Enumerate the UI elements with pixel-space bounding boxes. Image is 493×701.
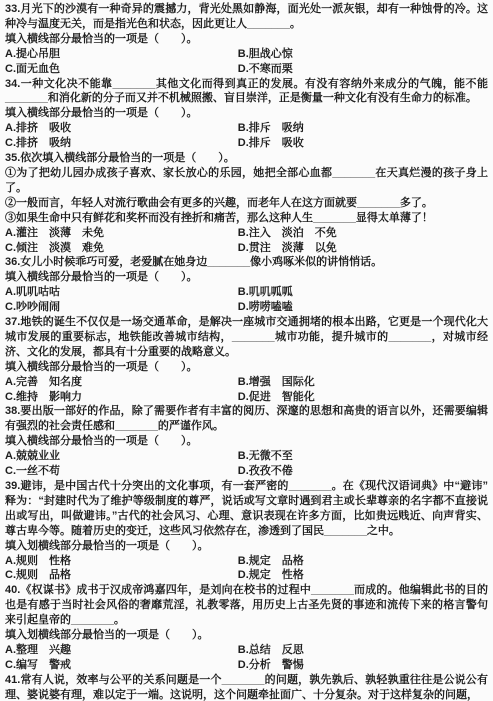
options-grid: A.叽叽咕咕 B.叽叽呱呱 C.吵吵闹闹 D.唠唠嗑嗑 [5, 285, 488, 315]
question-clause-3: ③如果生命中只有鲜花和奖杯而没有挫折和痛苦，那么这种人生_______显得太单薄… [5, 211, 488, 226]
question-39: 39.避讳，是中国古代十分突出的文化事项，有一套严密的_______。在《现代汉… [5, 479, 488, 583]
option-d: D.促进 智能化 [238, 390, 488, 405]
option-c: C.排挤 吸纳 [5, 136, 238, 151]
question-33: 33.月光下的沙漠有一种奇异的震撼力，背光处黑如静海，面光处一派灰银，却有一种蚀… [5, 2, 488, 77]
option-a: A.完善 知名度 [5, 375, 238, 390]
question-stem: 34.一种文化决不能靠_______其他文化而得到真正的发展。有没有容纳外来成分… [5, 77, 488, 107]
option-c: C.维持 影响力 [5, 390, 238, 405]
option-d: D.分析 警惕 [238, 658, 488, 673]
question-41: 41.常有人说，效率与公平的关系问题是一个_______的问题，孰先孰后、孰轻孰… [5, 673, 488, 701]
option-b: B.排斥 吸纳 [238, 121, 488, 136]
option-b: B.无微不至 [238, 449, 488, 464]
option-b: B.叽叽呱呱 [238, 285, 488, 300]
option-c: C.编写 警戒 [5, 658, 238, 673]
answer-prompt: 填入划横线部分最恰当的一项是（ ）。 [5, 539, 488, 554]
option-a: A.整理 兴趣 [5, 643, 238, 658]
question-36: 36.女儿小时候乖巧可爱，老爱腻在她身边_______像小鸡啄米似的讲悄悄话。 … [5, 255, 488, 315]
question-clause-1: ①为了把幼儿园办成孩子喜欢、家长放心的乐园，她把全部心血都_______在天真烂… [5, 166, 488, 196]
option-c: C.吵吵闹闹 [5, 300, 238, 315]
option-d: D.不寒而栗 [238, 62, 488, 77]
question-35: 35.依次填入横线部分最恰当的一项是（ ）。 ①为了把幼儿园办成孩子喜欢、家长放… [5, 151, 488, 255]
question-37: 37.地铁的诞生不仅仅是一场交通革命，是解决一座城市交通拥堵的根本出路，它更是一… [5, 315, 488, 404]
question-34: 34.一种文化决不能靠_______其他文化而得到真正的发展。有没有容纳外来成分… [5, 77, 488, 152]
exam-page: 33.月光下的沙漠有一种奇异的震撼力，背光处黑如静海，面光处一派灰银，却有一种蚀… [0, 0, 493, 701]
question-stem: 33.月光下的沙漠有一种奇异的震撼力，背光处黑如静海，面光处一派灰银，却有一种蚀… [5, 2, 488, 32]
question-stem: 38.要出版一部好的作品，除了需要作者有丰富的阅历、深邃的思想和高贵的语言以外，… [5, 404, 488, 434]
question-clause-2: ②一般而言，年轻人对流行歌曲会有更多的兴趣，而老年人在这方面就要_______多… [5, 196, 488, 211]
option-a: A.兢兢业业 [5, 449, 238, 464]
option-d: D.贯注 淡薄 以免 [238, 241, 488, 256]
option-c: C.规则 品格 [5, 568, 238, 583]
question-stem: 36.女儿小时候乖巧可爱，老爱腻在她身边_______像小鸡啄米似的讲悄悄话。 [5, 255, 488, 270]
question-40: 40.《权谋书》成书于汉成帝鸿嘉四年，是刘向在校书的过程中_______而成的。… [5, 583, 488, 672]
option-a: A.灌注 淡薄 未免 [5, 226, 238, 241]
option-d: D.唠唠嗑嗑 [238, 300, 488, 315]
question-38: 38.要出版一部好的作品，除了需要作者有丰富的阅历、深邃的思想和高贵的语言以外，… [5, 404, 488, 479]
option-b: B.注入 淡泊 不免 [238, 226, 488, 241]
option-d: D.孜孜不倦 [238, 464, 488, 479]
options-grid: A.提心吊胆 B.胆战心惊 C.面无血色 D.不寒而栗 [5, 47, 488, 77]
option-c: C.面无血色 [5, 62, 238, 77]
options-grid: A.排挤 吸收 B.排斥 吸纳 C.排挤 吸纳 D.排斥 吸收 [5, 121, 488, 151]
question-stem: 37.地铁的诞生不仅仅是一场交通革命，是解决一座城市交通拥堵的根本出路，它更是一… [5, 315, 488, 360]
option-b: B.增强 国际化 [238, 375, 488, 390]
answer-prompt: 填入横线部分最恰当的一项是（ ）。 [5, 270, 488, 285]
option-a: A.叽叽咕咕 [5, 285, 238, 300]
option-c: C.倾注 淡漠 难免 [5, 241, 238, 256]
option-b: B.规定 品格 [238, 554, 488, 569]
question-stem: 41.常有人说，效率与公平的关系问题是一个_______的问题，孰先孰后、孰轻孰… [5, 673, 488, 701]
answer-prompt: 填入划横线部分最恰当的一项是（ ）。 [5, 628, 488, 643]
option-c: C.一丝不苟 [5, 464, 238, 479]
option-d: D.排斥 吸收 [238, 136, 488, 151]
option-a: A.规则 性格 [5, 554, 238, 569]
option-a: A.排挤 吸收 [5, 121, 238, 136]
option-d: D.规定 性格 [238, 568, 488, 583]
answer-prompt: 填入横线部分最恰当的一项是（ ）。 [5, 106, 488, 121]
answer-prompt: 填入横线部分最恰当的一项是（ ）。 [5, 434, 488, 449]
option-b: B.总结 反思 [238, 643, 488, 658]
question-stem: 40.《权谋书》成书于汉成帝鸿嘉四年，是刘向在校书的过程中_______而成的。… [5, 583, 488, 628]
answer-prompt: 填入横线部分最恰当的一项是（ ）。 [5, 32, 488, 47]
options-grid: A.兢兢业业 B.无微不至 C.一丝不苟 D.孜孜不倦 [5, 449, 488, 479]
options-grid: A.完善 知名度 B.增强 国际化 C.维持 影响力 D.促进 智能化 [5, 375, 488, 405]
option-b: B.胆战心惊 [238, 47, 488, 62]
question-stem: 39.避讳，是中国古代十分突出的文化事项，有一套严密的_______。在《现代汉… [5, 479, 488, 539]
option-a: A.提心吊胆 [5, 47, 238, 62]
answer-prompt: 35.依次填入横线部分最恰当的一项是（ ）。 [5, 151, 488, 166]
answer-prompt: 填入横线部分最恰当的一项是（ ）。 [5, 360, 488, 375]
options-grid: A.整理 兴趣 B.总结 反思 C.编写 警戒 D.分析 警惕 [5, 643, 488, 673]
options-grid: A.规则 性格 B.规定 品格 C.规则 品格 D.规定 性格 [5, 554, 488, 584]
options-grid: A.灌注 淡薄 未免 B.注入 淡泊 不免 C.倾注 淡漠 难免 D.贯注 淡薄… [5, 226, 488, 256]
